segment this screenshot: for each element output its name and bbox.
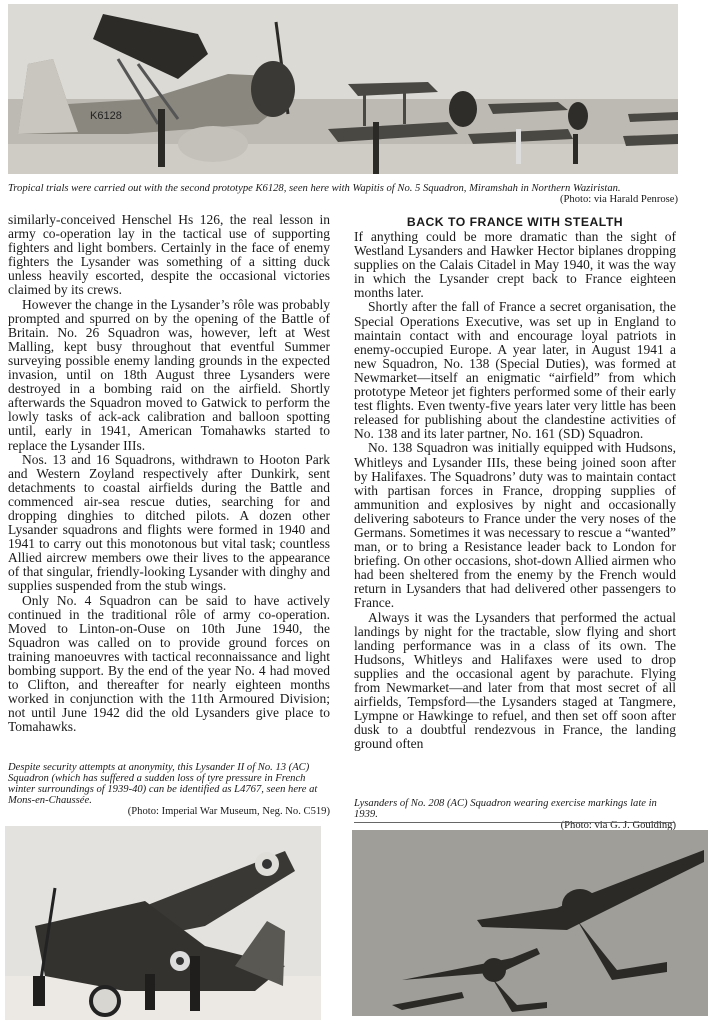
aircraft-illustration-top: K6128 xyxy=(8,4,678,174)
paragraph: If anything could be more dramatic than … xyxy=(354,230,676,300)
article-column-left: similarly-conceived Henschel Hs 126, the… xyxy=(8,213,330,734)
caption-bottom-left-photo: Despite security attempts at anonymity, … xyxy=(8,762,330,817)
caption-top-photo: Tropical trials were carried out with th… xyxy=(8,183,678,205)
paragraph: Only No. 4 Squadron can be said to have … xyxy=(8,594,330,735)
caption-text: Despite security attempts at anonymity, … xyxy=(8,762,317,806)
photo-lysander-l4767 xyxy=(5,826,321,1020)
caption-bottom-right-photo: Lysanders of No. 208 (AC) Squadron weari… xyxy=(354,798,676,831)
paragraph: Always it was the Lysanders that perform… xyxy=(354,611,676,752)
caption-text: Tropical trials were carried out with th… xyxy=(8,183,621,194)
aircraft-illustration-bottom-left xyxy=(5,826,321,1020)
article-column-right: BACK TO FRANCE WITH STEALTH If anything … xyxy=(354,215,676,751)
paragraph: Shortly after the fall of France a secre… xyxy=(354,300,676,441)
section-heading: BACK TO FRANCE WITH STEALTH xyxy=(354,215,676,229)
paragraph: No. 138 Squadron was initially equipped … xyxy=(354,441,676,610)
serial-marking: K6128 xyxy=(90,110,122,122)
photo-lysander-k6128-with-wapitis: K6128 xyxy=(8,4,678,174)
caption-text: Lysanders of No. 208 (AC) Squadron weari… xyxy=(354,798,657,820)
paragraph: similarly-conceived Henschel Hs 126, the… xyxy=(8,213,330,298)
photo-credit: (Photo: Imperial War Museum, Neg. No. C5… xyxy=(8,806,330,817)
photo-credit: (Photo: via Harald Penrose) xyxy=(8,194,678,205)
divider-rule xyxy=(354,822,674,823)
paragraph: Nos. 13 and 16 Squadrons, withdrawn to H… xyxy=(8,453,330,594)
aircraft-illustration-bottom-right xyxy=(352,830,708,1016)
paragraph: However the change in the Lysander’s rôl… xyxy=(8,298,330,453)
photo-lysanders-in-flight xyxy=(352,830,708,1016)
